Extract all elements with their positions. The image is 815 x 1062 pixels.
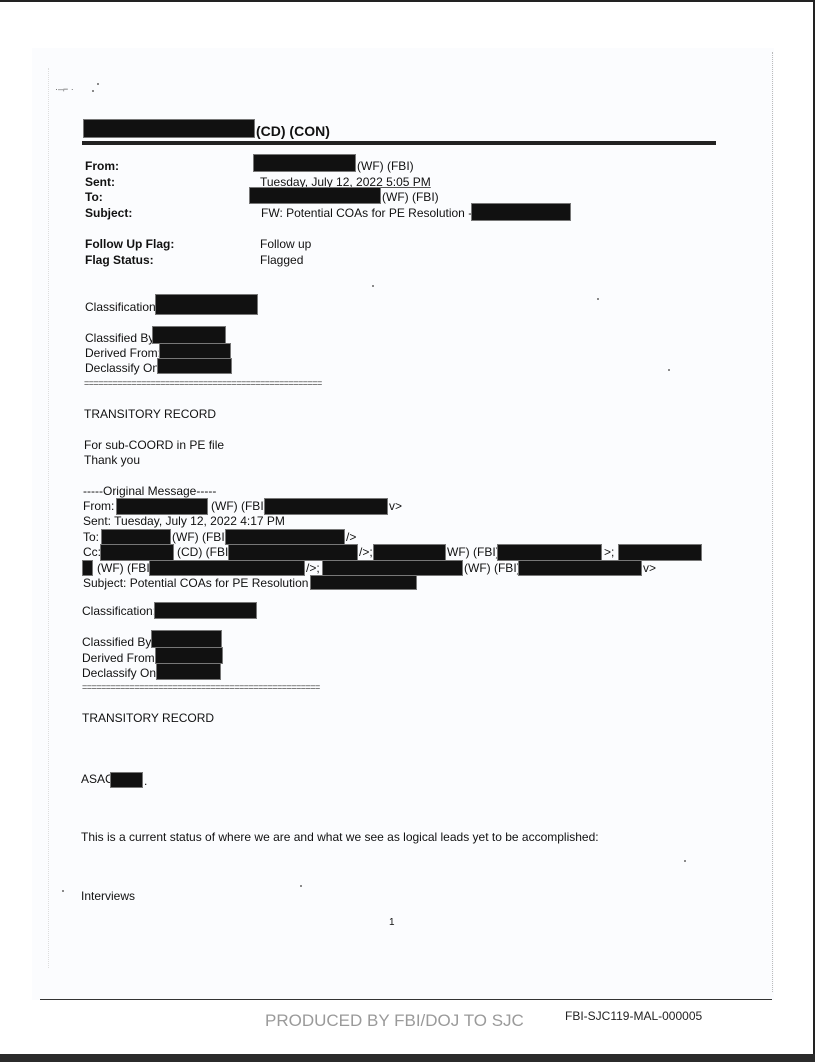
declassify-on-label-2: Declassify On: [82, 666, 159, 680]
declassify-on-label: Declassify On: [85, 361, 162, 375]
salutation-tail: . [144, 774, 147, 788]
orig-cc-org-2: WF) (FBI) [447, 545, 500, 559]
from-label: From: [85, 159, 119, 173]
redaction-classification-2 [154, 602, 257, 619]
scan-artifact [668, 369, 670, 371]
follow-up-flag-label: Follow Up Flag: [85, 237, 174, 251]
redaction-orig-subject [310, 575, 417, 590]
redaction-asac-name [110, 772, 143, 788]
salutation: ASAC [81, 772, 114, 786]
redaction-cc-name-4 [322, 560, 463, 576]
window-border-top [0, 0, 815, 2]
body-line-1: For sub-COORD in PE file [84, 438, 224, 452]
to-value: (WF) (FBI) [382, 190, 439, 204]
redaction-from [253, 154, 356, 172]
to-label: To: [85, 190, 103, 204]
orig-cc-tail-2: >; [604, 545, 614, 559]
redaction-orig-to-email [225, 529, 345, 545]
orig-from-tail: v> [389, 499, 402, 513]
redaction-orig-to-name [101, 529, 171, 545]
scan-artifact [97, 83, 99, 85]
orig-cc2-org-1: (WF) (FBI) [97, 561, 154, 575]
transitory-record-label: TRANSITORY RECORD [84, 407, 216, 421]
subject-label: Subject: [85, 206, 132, 220]
orig-cc2-org-2: (WF) (FBI) [464, 561, 521, 575]
orig-cc-tail-1: />; [359, 545, 373, 559]
scan-artifact [300, 885, 302, 887]
orig-to-org: (WF) (FBI) [172, 530, 229, 544]
body-line-2: Thank you [84, 453, 140, 467]
scan-artifact [372, 285, 374, 287]
transitory-record-label-2: TRANSITORY RECORD [82, 711, 214, 725]
orig-cc2-tail-2: v> [643, 561, 656, 575]
classified-by-label-2: Classified By: [82, 635, 155, 649]
flag-status-value: Flagged [260, 253, 303, 267]
redaction-subject [471, 203, 571, 221]
redaction-cc-name-2 [373, 544, 446, 561]
redaction-declassify-on [157, 358, 232, 374]
orig-from-org: (WF) (FBI) [211, 499, 268, 513]
produced-by-stamp: PRODUCED BY FBI/DOJ TO SJC [265, 1011, 524, 1031]
page-number: 1 [389, 916, 395, 930]
scan-artifact [597, 298, 599, 300]
from-value: (WF) (FBI) [357, 159, 414, 173]
scan-artifact [684, 860, 686, 862]
redaction-cc-email-4 [518, 560, 642, 576]
section-heading-interviews: Interviews [81, 889, 135, 903]
orig-from-label: From: [83, 499, 114, 513]
derived-from-label-2: Derived From: [82, 651, 158, 665]
sent-label: Sent: [85, 175, 115, 189]
redaction-to [249, 187, 381, 204]
sender-suffix: (CD) (CON) [256, 124, 330, 138]
page-bottom-rule [40, 999, 772, 1000]
status-line: This is a current status of where we are… [81, 830, 599, 844]
redaction-cc-name-1 [100, 544, 174, 561]
orig-sent: Sent: Tuesday, July 12, 2022 4:17 PM [83, 514, 285, 528]
orig-cc2-tail-1: />; [306, 561, 320, 575]
window-border-bottom [0, 1054, 815, 1062]
redaction-classified-by [152, 326, 226, 344]
redaction-derived-from-2 [155, 647, 223, 664]
classification-label: Classification: [85, 300, 159, 314]
scan-artifact [62, 890, 64, 892]
redaction-cc-name-3-cont [82, 560, 93, 576]
flag-status-label: Flag Status: [85, 253, 154, 267]
classified-by-label: Classified By: [85, 331, 158, 345]
orig-to-label: To: [83, 530, 99, 544]
redaction-declassify-on-2 [156, 663, 221, 680]
orig-subject: Subject: Potential COAs for PE Resolutio… [83, 576, 324, 590]
redaction-orig-from-name [116, 498, 208, 515]
scan-edge-right [772, 52, 774, 992]
redaction-cc-name-3 [618, 544, 702, 561]
scan-edge-left [48, 68, 50, 968]
separator-line: ========================================… [84, 378, 426, 388]
classification-label-2: Classification: [82, 604, 156, 618]
scan-artifact: ·–⌐ · [55, 84, 74, 94]
follow-up-flag-value: Follow up [260, 237, 311, 251]
scan-artifact [92, 90, 94, 92]
redaction-classification [155, 294, 258, 315]
header-rule [82, 141, 716, 145]
orig-to-tail: /> [346, 530, 356, 544]
redaction-cc-email-2 [497, 544, 602, 561]
separator-line-2: ========================================… [82, 682, 424, 692]
orig-cc-label: Cc: [83, 545, 101, 559]
derived-from-label: Derived From: [85, 346, 161, 360]
redaction-orig-from-email [264, 498, 388, 515]
redaction-sender-name [83, 119, 255, 138]
original-message-divider: -----Original Message----- [83, 484, 216, 498]
redaction-cc-email-3 [149, 560, 305, 576]
orig-cc-org-1: (CD) (FBI) [177, 545, 232, 559]
bates-number: FBI-SJC119-MAL-000005 [565, 1009, 702, 1023]
subject-value: FW: Potential COAs for PE Resolution --- [261, 206, 480, 220]
redaction-cc-email-1 [228, 544, 358, 561]
redaction-classified-by-2 [151, 630, 222, 648]
